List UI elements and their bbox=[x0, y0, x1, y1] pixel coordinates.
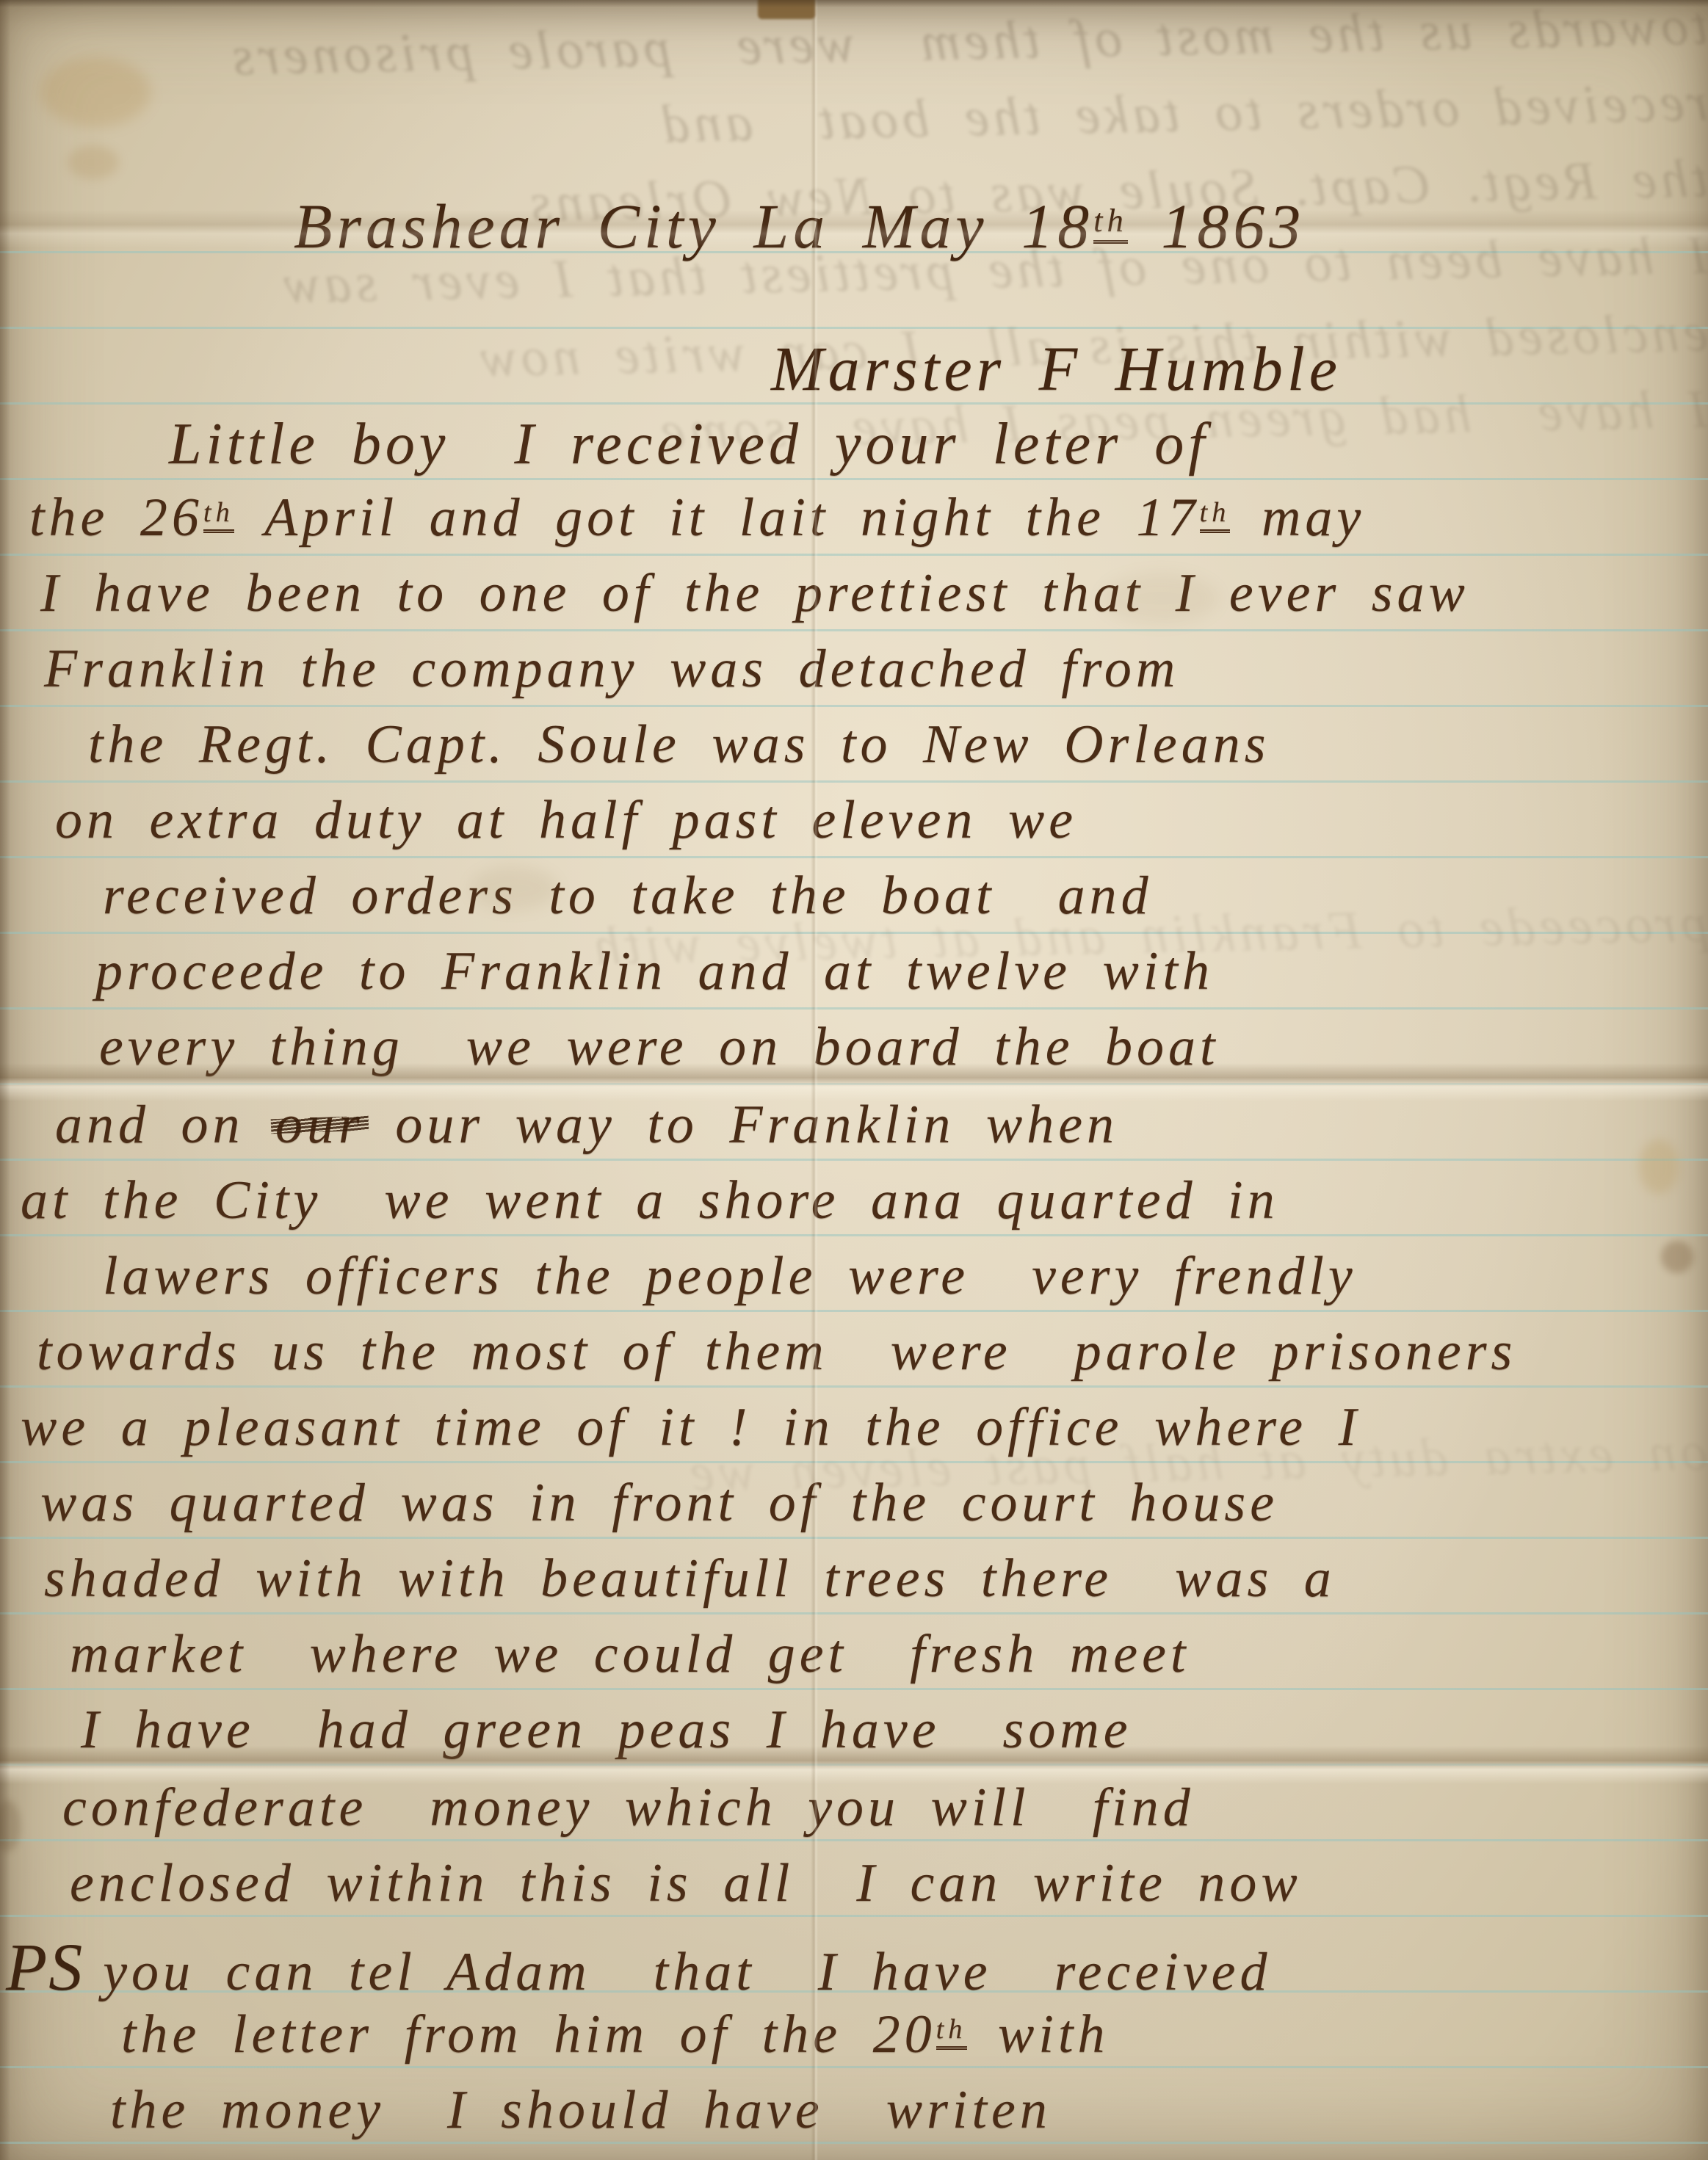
letter-line: lawers officers the people were very fre… bbox=[103, 1245, 1357, 1308]
struck-out-word: our bbox=[275, 1094, 364, 1156]
line-text: and on bbox=[55, 1095, 275, 1155]
ordinal: th bbox=[203, 497, 234, 533]
letter-line-with-correction: and on our our way to Franklin when bbox=[55, 1094, 1118, 1156]
line-text: April and got it lait night the 17 bbox=[234, 488, 1200, 548]
letter-line: at the City we went a shore ana quarted … bbox=[21, 1170, 1279, 1232]
stain bbox=[40, 57, 151, 127]
bleedthrough-line: received orders to take the boat and bbox=[0, 72, 1708, 170]
letter-line: the letter from him of the 20th with bbox=[121, 2004, 1110, 2066]
dateline-ordinal: th bbox=[1093, 202, 1128, 244]
letter-line: towards us the most of them were parole … bbox=[37, 1321, 1516, 1383]
torn-edge-left bbox=[0, 0, 10, 2160]
dateline-text: Brashear City La May 18 bbox=[294, 191, 1093, 261]
dateline-year: 1863 bbox=[1128, 191, 1306, 261]
ps-marker: PS bbox=[6, 1929, 84, 2004]
letter-line: Franklin the company was detached from bbox=[44, 638, 1179, 700]
letter-line: proceede to Franklin and at twelve with bbox=[95, 941, 1214, 1003]
torn-edge-top bbox=[0, 0, 1708, 7]
letter-line: I have had green peas I have some bbox=[81, 1699, 1132, 1761]
letter-line: received orders to take the boat and bbox=[103, 865, 1153, 927]
letter-page: towards us the most of them were parole … bbox=[0, 0, 1708, 2160]
line-text: the 26 bbox=[29, 488, 203, 548]
line-text: you can tel Adam that I have received bbox=[103, 1942, 1271, 2002]
stain bbox=[1661, 1241, 1693, 1273]
letter-line: was quarted was in front of the court ho… bbox=[40, 1472, 1278, 1534]
closing-line: the money I should have writen bbox=[110, 2079, 1052, 2142]
bleedthrough-line: towards us the most of them were parole … bbox=[0, 0, 1708, 93]
line-text: the letter from him of the 20 bbox=[121, 2004, 936, 2065]
letter-line: we a pleasant time of it ! in the office… bbox=[21, 1396, 1361, 1459]
letter-line: I have been to one of the prettiest that… bbox=[40, 562, 1469, 625]
letter-line: enclosed within this is all I can write … bbox=[70, 1852, 1302, 1915]
line-text: with bbox=[967, 2004, 1110, 2065]
letter-line: on extra duty at half past eleven we bbox=[55, 789, 1077, 852]
salutation: Marster F Humble bbox=[771, 332, 1342, 405]
letter-line: shaded with with beautifull trees there … bbox=[44, 1548, 1336, 1610]
opening-line: Little boy I received your leter of bbox=[169, 411, 1209, 478]
stain bbox=[1639, 1139, 1679, 1194]
letter-line: the 26th April and got it lait night the… bbox=[29, 487, 1365, 549]
stain bbox=[68, 145, 119, 179]
dateline: Brashear City La May 18th 1863 bbox=[294, 189, 1305, 263]
ordinal: th bbox=[936, 2014, 967, 2050]
line-text: our way to Franklin when bbox=[364, 1095, 1118, 1155]
letter-line: confederate money which you will find bbox=[62, 1777, 1195, 1839]
line-text: may bbox=[1230, 488, 1365, 548]
letter-line: the Regt. Capt. Soule was to New Orleans bbox=[88, 714, 1270, 776]
postscript-line: PSyou can tel Adam that I have received bbox=[6, 1928, 1271, 2006]
letter-line: market where we could get fresh meet bbox=[70, 1623, 1190, 1686]
letter-line: every thing we were on board the boat bbox=[99, 1016, 1220, 1079]
ordinal: th bbox=[1200, 497, 1231, 533]
